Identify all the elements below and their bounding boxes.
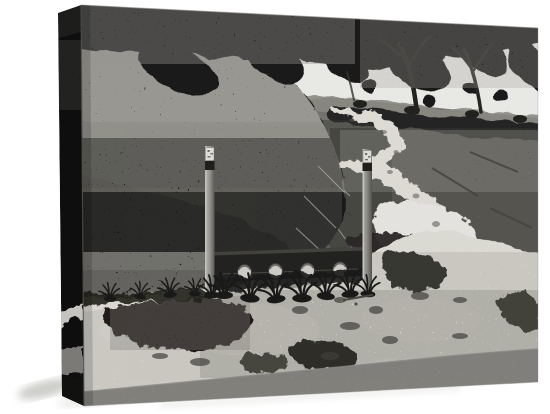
- canvas-side-edge: [58, 5, 84, 406]
- canvas-print-mockup: [0, 0, 550, 414]
- photo-canvas: [0, 0, 550, 414]
- side-texture: [58, 40, 84, 110]
- film-grain-overlay: [62, 0, 542, 414]
- photo-front-face: [55, 0, 550, 414]
